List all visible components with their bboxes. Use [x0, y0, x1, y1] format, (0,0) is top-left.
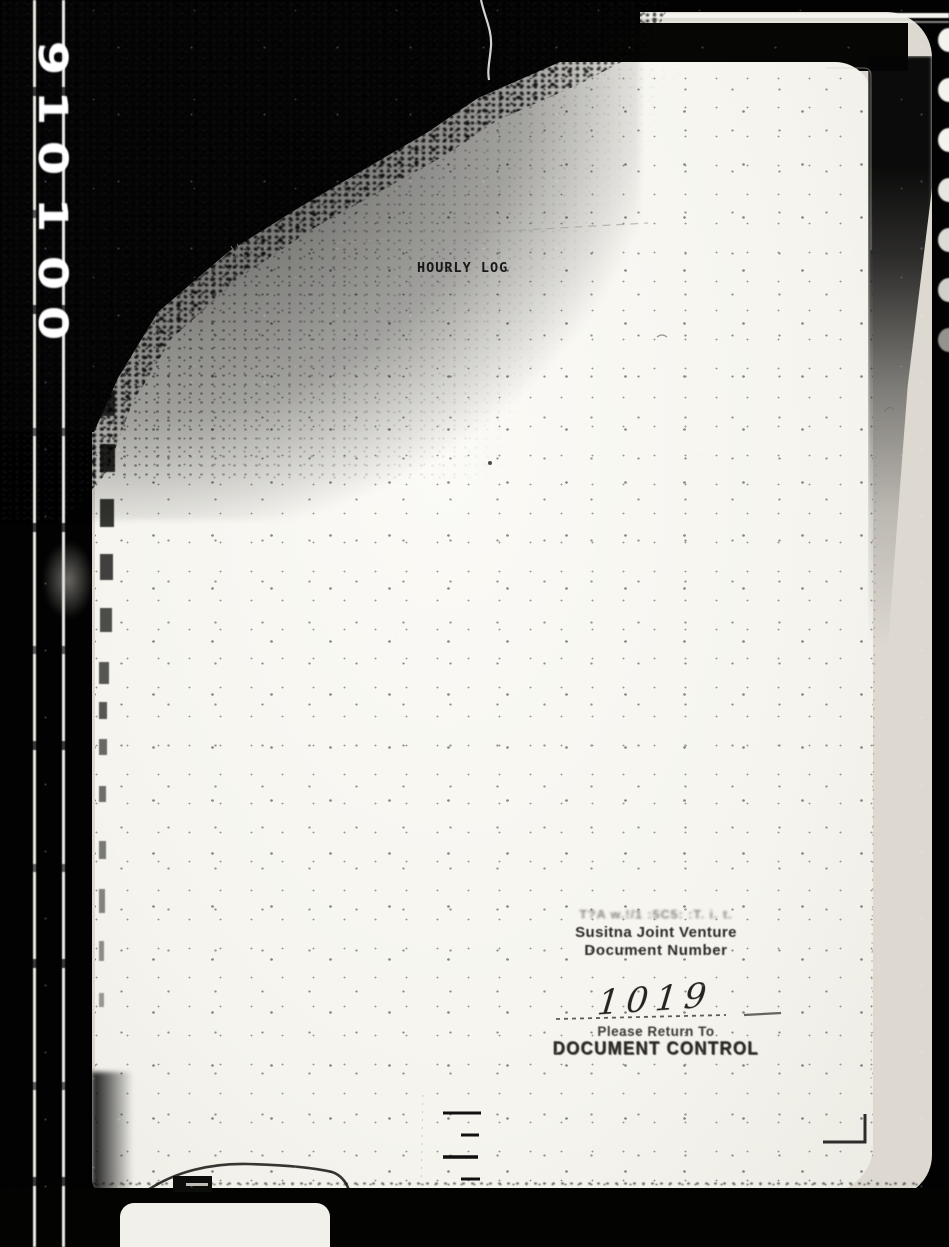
- film-digit: 9: [29, 36, 75, 81]
- binding-mark: [99, 662, 109, 684]
- sprocket-hole: [938, 328, 949, 352]
- binding-mark: [99, 702, 107, 719]
- film-digit: 0: [29, 301, 75, 346]
- stamp-org-line: Susitna Joint Venture: [544, 924, 768, 941]
- binding-mark: [99, 841, 106, 859]
- film-digit: 1: [29, 86, 75, 131]
- film-strip-smudge: [42, 540, 94, 620]
- binding-mark: [99, 941, 104, 961]
- film-edge-line-left: [33, 0, 36, 1247]
- sprocket-hole: [938, 28, 949, 52]
- binding-mark: [100, 499, 114, 527]
- film-digit: 0: [29, 136, 75, 181]
- sprocket-hole: [938, 78, 949, 102]
- sprocket-hole: [938, 278, 949, 302]
- sprocket-hole: [938, 128, 949, 152]
- stamp-control-line: DOCUMENT CONTROL: [536, 1038, 776, 1060]
- stamp-block: T?A w.!/1 :5C5: :T. i. t. Susitna Joint …: [544, 908, 768, 959]
- sprocket-hole: [938, 178, 949, 202]
- microfilm-scan-frame: HOURLY LOG T?A w.!/1 :5C5: :T. i. t. Sus…: [0, 0, 949, 1247]
- page-title: HOURLY LOG: [417, 260, 508, 276]
- binding-mark: [100, 554, 113, 580]
- binding-mark: [100, 608, 112, 632]
- binding-mark: [99, 739, 107, 755]
- film-digit: 0: [29, 251, 75, 296]
- paper-tab-highlight: [186, 1183, 208, 1186]
- binding-mark: [99, 786, 106, 802]
- film-edge-line-right: [62, 0, 65, 1247]
- stamp-faded-line: T?A w.!/1 :5C5: :T. i. t.: [544, 909, 768, 922]
- film-digit: 1: [29, 193, 75, 238]
- handwritten-document-number: 1019: [595, 976, 715, 1024]
- binding-mark: [99, 993, 104, 1007]
- binding-mark: [99, 889, 105, 913]
- shadow-wedge-bottom-left: [92, 1072, 140, 1192]
- sprocket-hole: [938, 228, 949, 252]
- next-frame-notch: [120, 1203, 330, 1247]
- stamp-label-line: Document Number: [544, 942, 768, 959]
- stamp-return-line: Please Return To: [544, 1024, 768, 1039]
